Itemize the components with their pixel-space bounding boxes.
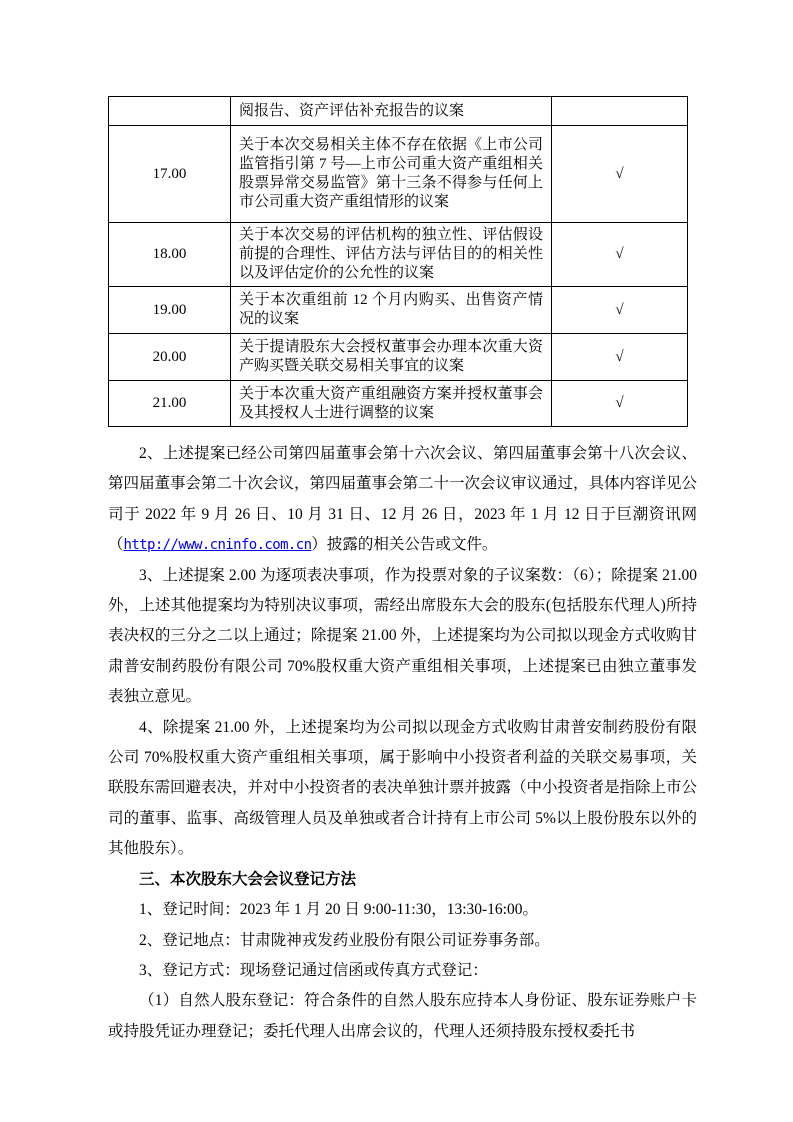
- checkmark-icon: √: [552, 126, 688, 223]
- proposal-number-cell: 20.00: [109, 334, 231, 381]
- proposal-title-cell: 关于本次交易的评估机构的独立性、评估假设前提的合理性、评估方法与评估目的的相关性…: [231, 223, 552, 287]
- checkmark-icon: √: [552, 381, 688, 427]
- page-content: 阅报告、资产评估补充报告的议案 17.00 关于本次交易相关主体不存在依据《上市…: [108, 96, 697, 1047]
- table-row-carryover: 阅报告、资产评估补充报告的议案: [109, 97, 688, 126]
- checkmark-icon: √: [552, 334, 688, 381]
- document-page: 阅报告、资产评估补充报告的议案 17.00 关于本次交易相关主体不存在依据《上市…: [0, 0, 793, 1122]
- vote-check-cell: [552, 97, 688, 126]
- paragraph-board-approval: 2、上述提案已经公司第四届董事会第十六次会议、第四届董事会第十八次会议、第四届董…: [108, 439, 697, 561]
- proposal-number-cell: 19.00: [109, 287, 231, 334]
- proposal-title-cell: 关于本次重组前 12 个月内购买、出售资产情况的议案: [231, 287, 552, 334]
- proposal-table: 阅报告、资产评估补充报告的议案 17.00 关于本次交易相关主体不存在依据《上市…: [108, 96, 688, 427]
- checkmark-icon: √: [552, 223, 688, 287]
- table-row: 18.00 关于本次交易的评估机构的独立性、评估假设前提的合理性、评估方法与评估…: [109, 223, 688, 287]
- table-row: 20.00 关于提请股东大会授权董事会办理本次重大资产购买暨关联交易相关事宜的议…: [109, 334, 688, 381]
- paragraph-voting-items: 3、上述提案 2.00 为逐项表决事项，作为投票对象的子议案数：（6）；除提案 …: [108, 561, 697, 713]
- paragraph-related-transaction: 4、除提案 21.00 外，上述提案均为公司拟以现金方式收购甘肃普安制药股份有限…: [108, 713, 697, 865]
- proposal-number-cell: [109, 97, 231, 126]
- paragraph-natural-person-registration: （1）自然人股东登记：符合条件的自然人股东应持本人身份证、股东证券账户卡或持股凭…: [108, 986, 697, 1047]
- proposal-title-cell: 阅报告、资产评估补充报告的议案: [231, 97, 552, 126]
- proposal-number-cell: 18.00: [109, 223, 231, 287]
- proposal-title-cell: 关于提请股东大会授权董事会办理本次重大资产购买暨关联交易相关事宜的议案: [231, 334, 552, 381]
- proposal-title-cell: 关于本次重大资产重组融资方案并授权董事会及其授权人士进行调整的议案: [231, 381, 552, 427]
- paragraph-text: ）披露的相关公告或文件。: [311, 536, 497, 553]
- cninfo-link[interactable]: http://www.cninfo.com.cn: [124, 537, 312, 553]
- proposal-title-cell: 关于本次交易相关主体不存在依据《上市公司监管指引第 7 号—上市公司重大资产重组…: [231, 126, 552, 223]
- item-registration-method: 3、登记方式：现场登记通过信函或传真方式登记：: [108, 956, 697, 986]
- item-registration-time: 1、登记时间：2023 年 1 月 20 日 9:00-11:30，13:30-…: [108, 895, 697, 925]
- section-heading-registration: 三、本次股东大会会议登记方法: [108, 865, 697, 895]
- body-text: 2、上述提案已经公司第四届董事会第十六次会议、第四届董事会第十八次会议、第四届董…: [108, 439, 697, 1047]
- table-row: 17.00 关于本次交易相关主体不存在依据《上市公司监管指引第 7 号—上市公司…: [109, 126, 688, 223]
- table-row: 21.00 关于本次重大资产重组融资方案并授权董事会及其授权人士进行调整的议案 …: [109, 381, 688, 427]
- item-registration-place: 2、登记地点：甘肃陇神戎发药业股份有限公司证券事务部。: [108, 926, 697, 956]
- table-row: 19.00 关于本次重组前 12 个月内购买、出售资产情况的议案 √: [109, 287, 688, 334]
- proposal-number-cell: 17.00: [109, 126, 231, 223]
- proposal-number-cell: 21.00: [109, 381, 231, 427]
- checkmark-icon: √: [552, 287, 688, 334]
